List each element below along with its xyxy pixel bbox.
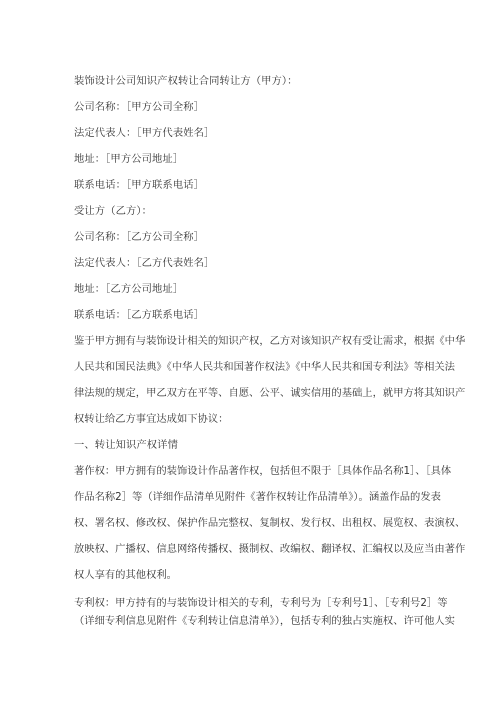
party-b-company-name: 公司名称：［乙方公司全称］ [74,224,436,250]
document-title: 装饰设计公司知识产权转让合同转让方（甲方）： [74,68,436,94]
copyright-line: 放映权、广播权、信息网络传播权、摄制权、改编权、翻译权、汇编权以及应当由著作 [74,536,436,562]
copyright-line: 著作权：甲方拥有的装饰设计作品著作权，包括但不限于［具体作品名称1］、［具体 [74,458,436,484]
copyright-line: 作品名称2］等（详细作品清单见附件《著作权转让作品清单》）。涵盖作品的发表 [74,484,436,510]
section-1-heading: 一、转让知识产权详情 [74,432,436,458]
party-a-company-name: 公司名称：［甲方公司全称］ [74,94,436,120]
preamble-paragraph: 鉴于甲方拥有与装饰设计相关的知识产权，乙方对该知识产权有受让需求，根据《中华 人… [74,328,436,432]
party-b-address: 地址：［乙方公司地址］ [74,276,436,302]
patent-paragraph: 专利权：甲方持有的与装饰设计相关的专利，专利号为［专利号1］、［专利号2］等 （… [74,594,436,630]
patent-line: （详细专利信息见附件《专利转让信息清单》），包括专利的独占实施权、许可他人实 [74,612,436,630]
copyright-line: 权人享有的其他权利。 [74,562,436,588]
preamble-line: 律法规的规定，甲乙双方在平等、自愿、公平、诚实信用的基础上，就甲方将其知识产 [74,380,436,406]
preamble-line: 人民共和国民法典》《中华人民共和国著作权法》《中华人民共和国专利法》等相关法 [74,354,436,380]
preamble-line: 鉴于甲方拥有与装饰设计相关的知识产权，乙方对该知识产权有受让需求，根据《中华 [74,328,436,354]
party-b-heading: 受让方（乙方）： [74,198,436,224]
copyright-paragraph: 著作权：甲方拥有的装饰设计作品著作权，包括但不限于［具体作品名称1］、［具体 作… [74,458,436,588]
party-a-phone: 联系电话：［甲方联系电话］ [74,172,436,198]
preamble-line: 权转让给乙方事宜达成如下协议： [74,406,436,432]
party-a-legal-rep: 法定代表人：［甲方代表姓名］ [74,120,436,146]
party-b-legal-rep: 法定代表人：［乙方代表姓名］ [74,250,436,276]
copyright-line: 权、署名权、修改权、保护作品完整权、复制权、发行权、出租权、展览权、表演权、 [74,510,436,536]
party-a-address: 地址：［甲方公司地址］ [74,146,436,172]
document-page: 装饰设计公司知识产权转让合同转让方（甲方）： 公司名称：［甲方公司全称］ 法定代… [74,68,436,630]
party-b-phone: 联系电话：［乙方联系电话］ [74,302,436,328]
patent-line: 专利权：甲方持有的与装饰设计相关的专利，专利号为［专利号1］、［专利号2］等 [74,594,436,612]
